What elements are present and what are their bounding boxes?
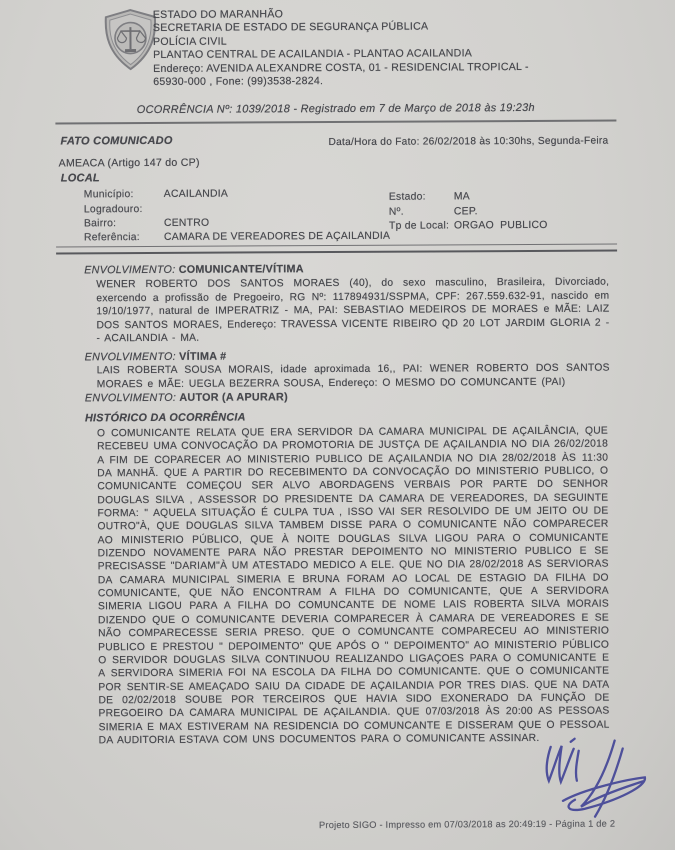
envolvimento-label: ENVOLVIMENTO: (85, 392, 176, 404)
envolvimento-autor-heading: ENVOLVIMENTO: AUTOR (A APURAR) (85, 391, 288, 404)
print-footer: Projeto SIGO - Impresso em 07/03/2018 as… (302, 818, 632, 830)
field-value-municipio: ACAILANDIA (164, 189, 228, 200)
letterhead-address-line1: Endereço: AVENIDA ALEXANDRE COSTA, 01 - … (153, 60, 573, 76)
field-label-logradouro: Logradouro: (84, 204, 143, 215)
field-label-estado: Estado: (389, 192, 426, 203)
letterhead: ESTADO DO MARANHÃO SECRETARIA DE ESTADO … (153, 7, 573, 90)
field-label-municipio: Município: (84, 189, 134, 200)
field-label-referencia: Referência: (84, 232, 140, 243)
envolvimento-comunicante-text: WENER ROBERTO DOS SANTOS MORAES (40), do… (96, 276, 609, 346)
envolvimento-label: ENVOLVIMENTO: (84, 264, 175, 276)
field-numero-cep: Nº. CEP. (389, 206, 619, 220)
local-section-title: LOCAL (61, 172, 100, 184)
section-divider-rule (56, 244, 617, 255)
field-value-estado: MA (454, 191, 470, 202)
historico-narrative-text: O COMUNICANTE RELATA QUE ERA SERVIDOR DA… (97, 425, 610, 748)
field-value-bairro: CENTRO (164, 218, 209, 229)
envolvimento-vitima-text: LAIS ROBERTA SOUSA MORAIS, idade aproxim… (97, 362, 610, 392)
field-tipo-local: Tp de Local: ORGAO PUBLICO (389, 220, 619, 234)
fato-comunicado-label: FATO COMUNICADO (60, 135, 172, 148)
occurrence-title-rule (55, 120, 616, 125)
envolvimento-role: AUTOR (A APURAR) (179, 391, 288, 404)
scanned-police-report-page: ESTADO DO MARANHÃO SECRETARIA DE ESTADO … (0, 0, 675, 850)
crime-type: AMEACA (Artigo 147 do CP) (59, 157, 200, 170)
envolvimento-vitima-heading: ENVOLVIMENTO: VÍTIMA # (85, 351, 227, 364)
field-estado: Estado: MA (389, 191, 619, 205)
field-label-tipo-local: Tp de Local: (389, 220, 449, 231)
envolvimento-label: ENVOLVIMENTO: (85, 351, 176, 363)
field-value-referencia: CAMARA DE VEREADORES DE AÇAILANDIA (164, 231, 390, 243)
field-label-cep: CEP. (454, 206, 478, 217)
fato-datetime: Data/Hora do Fato: 26/02/2018 às 10:30hs… (328, 136, 608, 148)
field-label-bairro: Bairro: (84, 218, 116, 229)
envolvimento-role: VÍTIMA # (179, 351, 226, 363)
field-label-numero: Nº. (389, 207, 404, 218)
historico-section-title: HISTÓRICO DA OCORRÊNCIA (85, 411, 246, 424)
envolvimento-comunicante-heading: ENVOLVIMENTO: COMUNICANTE/VÍTIMA (84, 263, 304, 276)
envolvimento-role: COMUNICANTE/VÍTIMA (179, 263, 304, 276)
occurrence-title: OCORRÊNCIA Nº: 1039/2018 - Registrado em… (55, 102, 616, 117)
letterhead-address-line2: 65930-000 , Fone: (99)3538-2824. (153, 74, 573, 90)
field-value-tipo-local: ORGAO PUBLICO (454, 220, 548, 231)
